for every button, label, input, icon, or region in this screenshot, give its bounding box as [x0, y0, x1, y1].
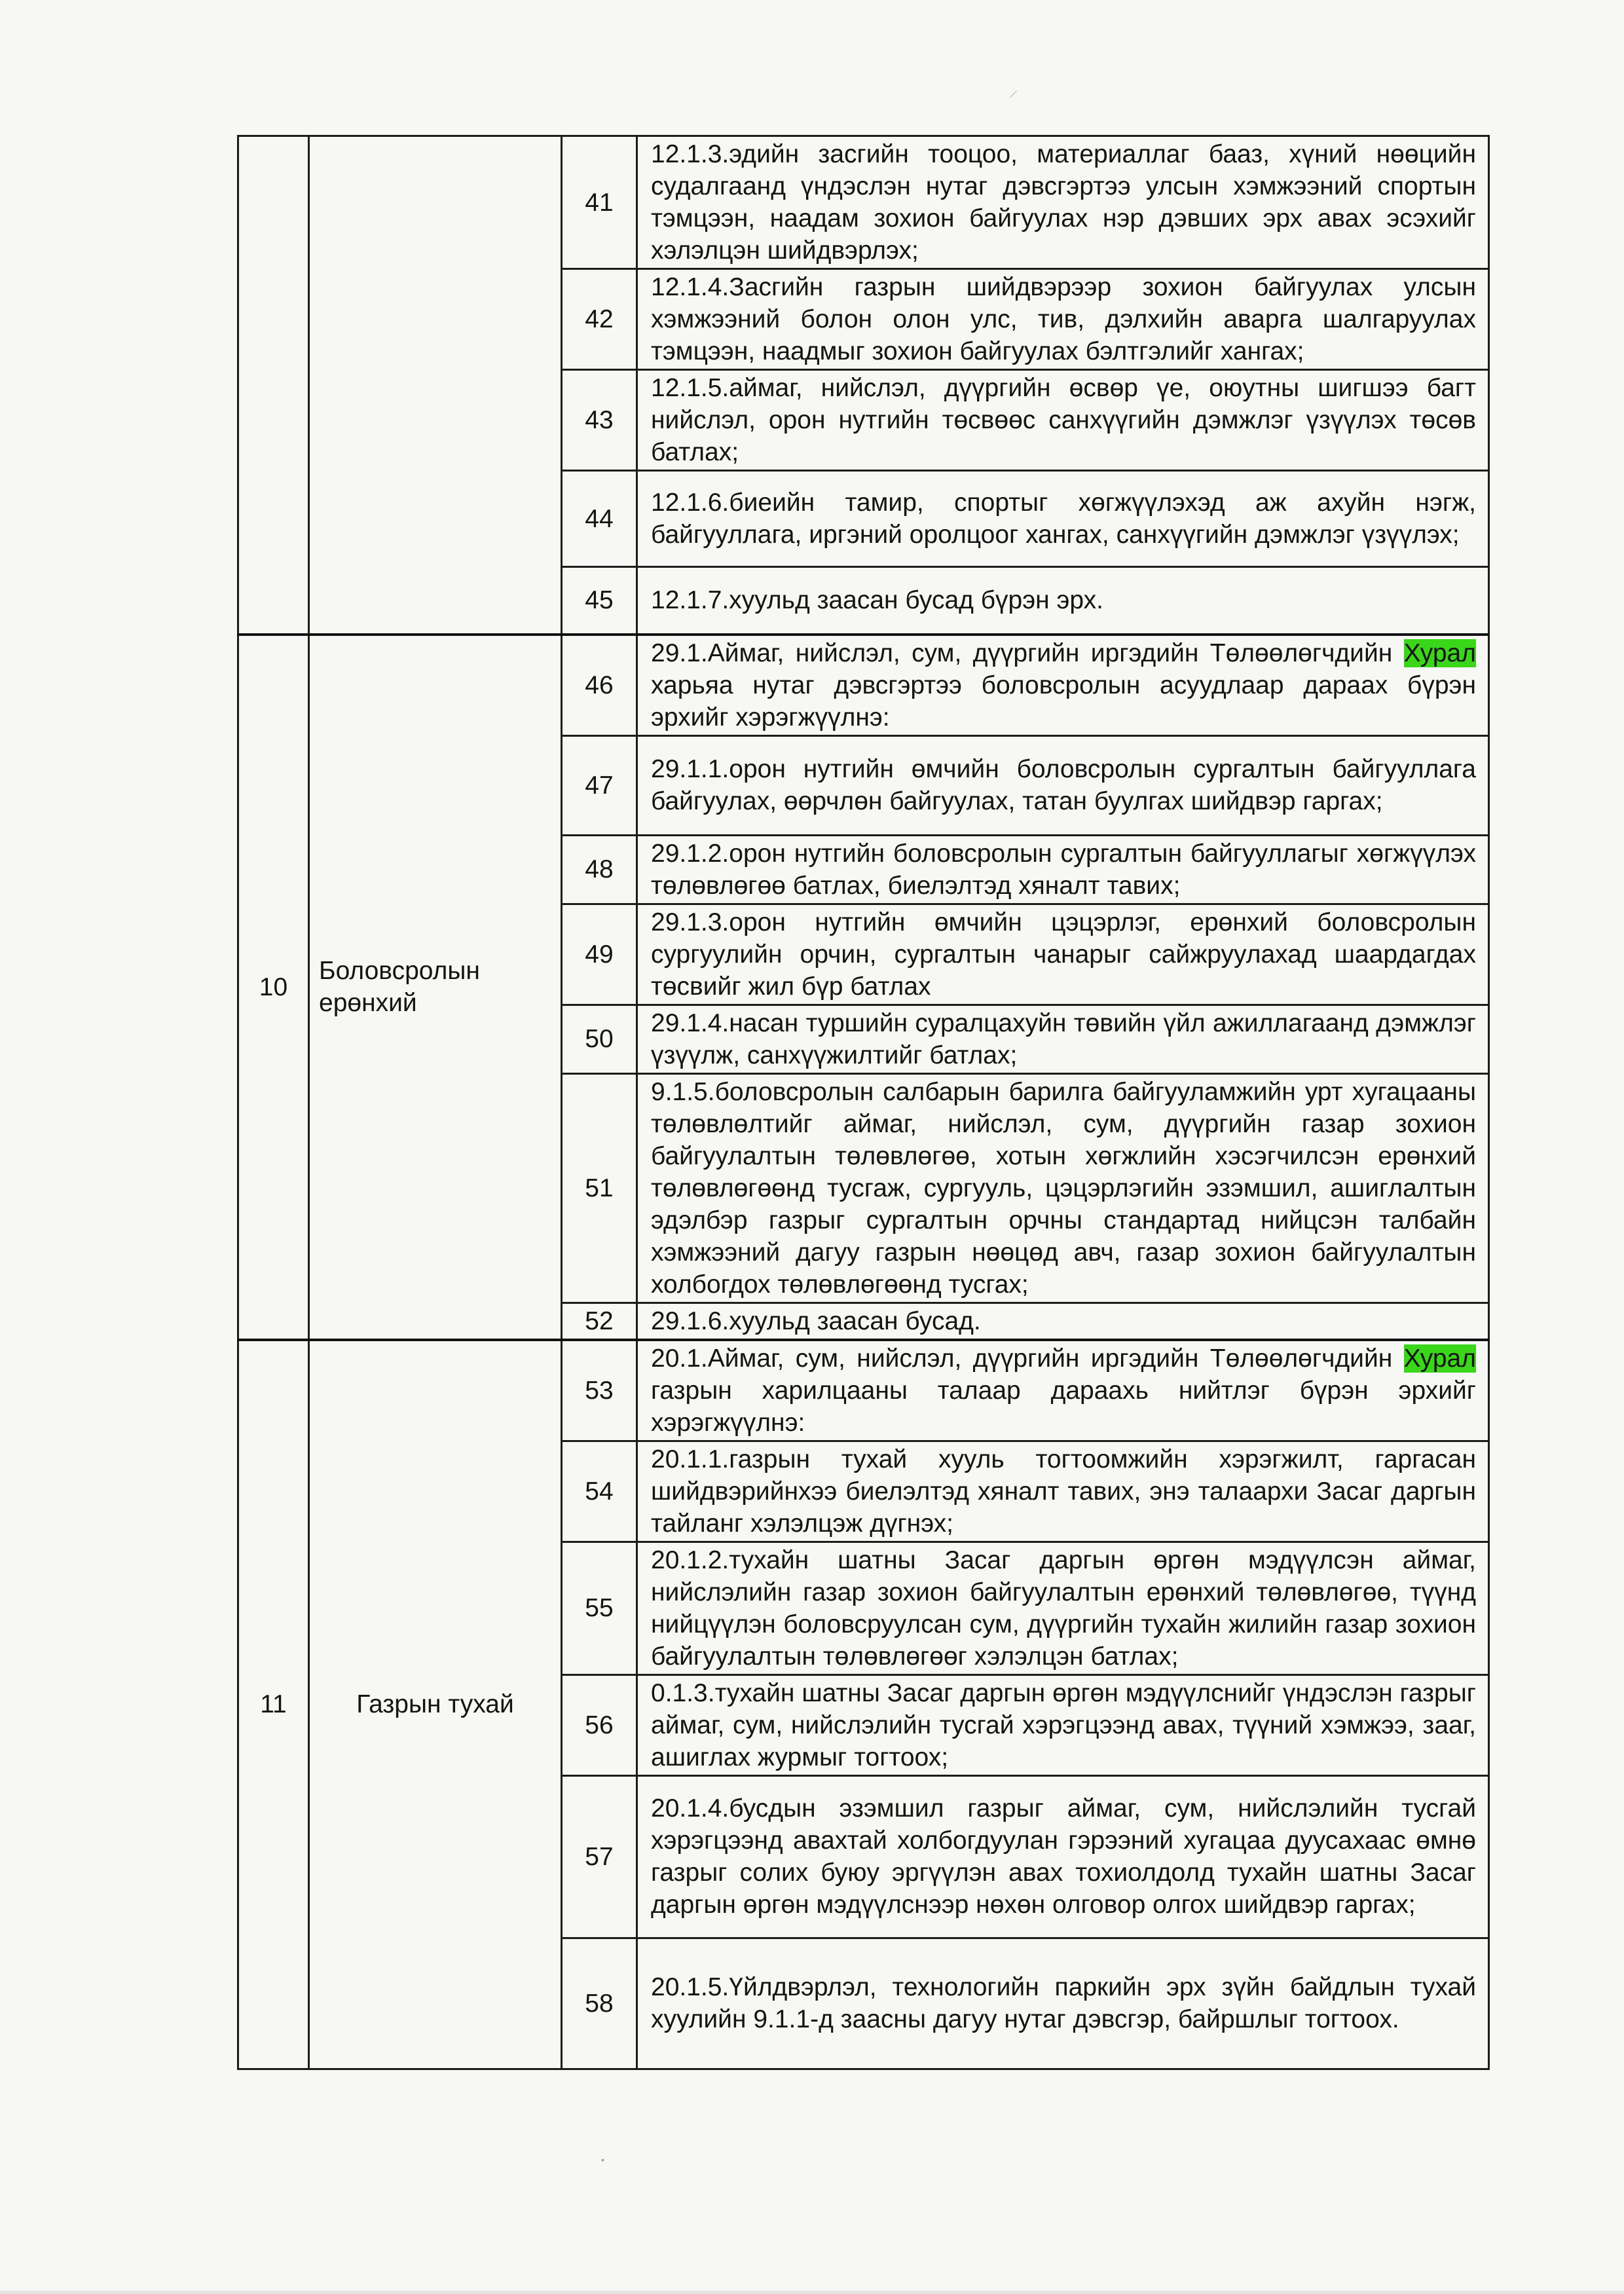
page-edge	[0, 2291, 1624, 2294]
row-index: 56	[562, 1674, 637, 1775]
highlighted-term: Хурал	[1404, 1344, 1476, 1373]
row-index: 46	[562, 635, 637, 736]
group-number	[238, 136, 309, 635]
provision-text: 20.1.2.тухайн шатны Засаг даргын өргөн м…	[637, 1542, 1489, 1674]
provision-text-after: харьяа нутаг дэвсгэртээ боловсролын асуу…	[651, 671, 1476, 731]
row-index: 41	[562, 136, 637, 269]
provision-text: 29.1.4.насан туршийн суралцахуйн төвийн …	[637, 1005, 1489, 1073]
row-index: 43	[562, 370, 637, 471]
provision-text: 12.1.3.эдийн засгийн тооцоо, материаллаг…	[637, 136, 1489, 269]
provision-text: 12.1.6.биеийн тамир, спортыг хөгжүүлэхэд…	[637, 471, 1489, 567]
row-index: 54	[562, 1441, 637, 1542]
provision-text-after: газрын харилцааны талаар дараахь нийтлэг…	[651, 1377, 1476, 1437]
group-number: 10	[238, 635, 309, 1340]
provision-text: 29.1.3.орон нутгийн өмчийн цэцэрлэг, ерө…	[637, 904, 1489, 1005]
table-row: 11Газрын тухай5320.1.Аймаг, сум, нийслэл…	[238, 1340, 1489, 1441]
provision-text-before: 29.1.Аймаг, нийслэл, сум, дүүргийн иргэд…	[651, 639, 1404, 667]
provision-text: 29.1.Аймаг, нийслэл, сум, дүүргийн иргэд…	[637, 635, 1489, 736]
provision-text: 29.1.2.орон нутгийн боловсролын сургалты…	[637, 835, 1489, 904]
row-index: 45	[562, 567, 637, 635]
provision-text: 20.1.4.бусдын эзэмшил газрыг аймаг, сум,…	[637, 1775, 1489, 1938]
highlighted-term: Хурал	[1404, 639, 1476, 667]
row-index: 58	[562, 1938, 637, 2069]
row-index: 49	[562, 904, 637, 1005]
row-index: 47	[562, 735, 637, 835]
provision-text: 20.1.Аймаг, сум, нийслэл, дүүргийн иргэд…	[637, 1340, 1489, 1441]
group-law-name: Боловсролын ерөнхий	[309, 635, 562, 1340]
row-index: 48	[562, 835, 637, 904]
scan-artifact: •	[601, 2155, 604, 2165]
row-index: 52	[562, 1303, 637, 1340]
provision-text: 29.1.1.орон нутгийн өмчийн боловсролын с…	[637, 735, 1489, 835]
row-index: 57	[562, 1775, 637, 1938]
scan-artifact: ⸝	[1008, 75, 1018, 102]
provision-text: 20.1.5.Үйлдвэрлэл, технологийн паркийн э…	[637, 1938, 1489, 2069]
group-law-name: Газрын тухай	[309, 1340, 562, 2069]
group-law-name	[309, 136, 562, 635]
provision-text: 9.1.5.боловсролын салбарын барилга байгу…	[637, 1073, 1489, 1303]
row-index: 50	[562, 1005, 637, 1073]
provision-text: 12.1.7.хуульд заасан бусад бүрэн эрх.	[637, 567, 1489, 635]
provision-text-before: 20.1.Аймаг, сум, нийслэл, дүүргийн иргэд…	[651, 1344, 1404, 1373]
row-index: 53	[562, 1340, 637, 1441]
table-row: 10Боловсролын ерөнхий4629.1.Аймаг, нийсл…	[238, 635, 1489, 736]
row-index: 44	[562, 471, 637, 567]
group-number: 11	[238, 1340, 309, 2069]
provision-text: 0.1.3.тухайн шатны Засаг даргын өргөн мэ…	[637, 1674, 1489, 1775]
authority-table: 4112.1.3.эдийн засгийн тооцоо, материалл…	[237, 135, 1490, 2070]
provision-text: 20.1.1.газрын тухай хууль тогтоомжийн хэ…	[637, 1441, 1489, 1542]
row-index: 51	[562, 1073, 637, 1303]
provision-text: 12.1.4.Засгийн газрын шийдвэрээр зохион …	[637, 269, 1489, 370]
row-index: 55	[562, 1542, 637, 1674]
row-index: 42	[562, 269, 637, 370]
provision-text: 29.1.6.хуульд заасан бусад.	[637, 1303, 1489, 1340]
table-row: 4112.1.3.эдийн засгийн тооцоо, материалл…	[238, 136, 1489, 269]
provision-text: 12.1.5.аймаг, нийслэл, дүүргийн өсвөр үе…	[637, 370, 1489, 471]
